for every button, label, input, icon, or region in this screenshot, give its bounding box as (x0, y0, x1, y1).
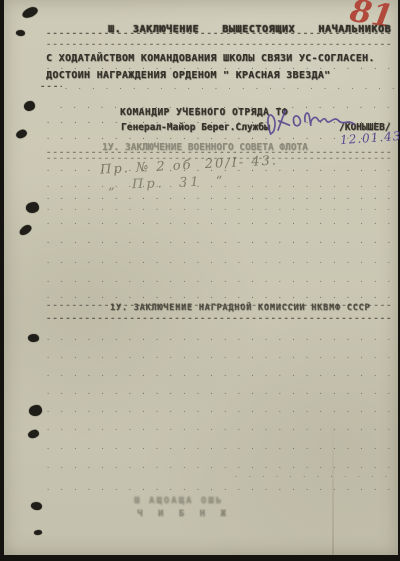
typed-dot-row: · · · · · · · · · · · · · · · · · · · · … (46, 409, 394, 416)
typed-dot-row: · · · · · · · · · · · · · · · · · · · · … (46, 446, 394, 453)
typed-dot-row: · · · · · · · · · · · · · · · · · · · · … (46, 207, 394, 214)
ink-blot (27, 333, 39, 343)
ink-blot (26, 201, 40, 213)
pencil-note-number: „ Пр. 31 “ (108, 174, 226, 193)
typed-dash-row: ----------------------------------------… (46, 316, 394, 323)
typed-dot-row: · · · · · · · · · · · · · · · · · · · · … (46, 196, 394, 203)
endorsement-line: С ХОДАТАЙСТВОМ КОМАНДОВАНИЯ ШКОЛЫ СВЯЗИ … (46, 53, 375, 64)
typed-dash-row: ----------------------------------------… (46, 42, 394, 49)
ink-blot (24, 101, 35, 111)
scanned-document: { "document": { "page_number": "81", "he… (0, 0, 400, 561)
ink-blot (34, 530, 42, 535)
ink-blot (16, 29, 26, 36)
ink-blot (29, 405, 42, 416)
ink-blot (18, 223, 33, 236)
typed-dot-row: · · · · · · · · · · · · · · · · · · · · … (46, 355, 394, 362)
section-iii-heading: Ш. ЗАКЛЮЧЕНИЕ ВЫШЕСТОЯЩИХ НАЧАЛЬНИКОВ (108, 24, 391, 35)
pencil-note-order: Пр. № 2 об 20/I- 43. (100, 153, 279, 177)
commander-rank: Генерал-Майор Берег.Службы (121, 122, 270, 133)
paper-crease (332, 420, 334, 555)
typed-dash-row: ----------------------------------------… (40, 84, 62, 91)
ink-blot (21, 6, 39, 20)
bleedthrough-text-line: Ч И Б Н Ж (137, 509, 231, 519)
award-worthy-line: ДОСТОИН НАГРАЖДЕНИЯ ОРДЕНОМ " КРАСНАЯ ЗВ… (46, 70, 330, 81)
typed-dot-row: · · · · · · · · · · · · · · · · · · · · … (46, 427, 394, 434)
typed-dot-row: · · · · · · · · · · · · · · · · · · · · … (46, 337, 394, 344)
typed-dot-row: · · · · · · · · · · · · · · · · · · · · … (46, 240, 394, 247)
ink-blot (30, 501, 43, 512)
typed-dot-row: · · · · · · · · · · · · · · · · · · · · … (46, 373, 394, 380)
typed-dot-row: · · · · · · · · · · · · · · · · · · · · … (46, 465, 394, 472)
section-iv-heading-faded: 1У. ЗАКЛЮЧЕНИЕ ВОЕННОГО СОВЕТА ФЛОТА (102, 142, 308, 153)
ink-blot (15, 129, 28, 140)
award-commission-heading: 1У. ЗАКЛЮЧЕНИЕ НАГРАДНОЙ КОМИССИИ НКВМФ … (110, 303, 370, 313)
bleedthrough-text-line: Ш АЩОАЩА ОШЬ (134, 496, 223, 506)
ink-blot (27, 429, 39, 439)
typed-dot-row: · · · · · · · · · · · · · · · · · · · · … (46, 295, 394, 302)
typed-dot-row: · · · · · · · · · · · · · · · · · · · · … (46, 279, 394, 286)
typed-dot-row: · · · · · · · · · · · · · · · · · · · · … (46, 487, 394, 494)
typed-dot-row: · · · · · · · · · · · · · · · · · · · · … (46, 391, 394, 398)
typed-dot-row: · · · · · · · · · · · · · · · · · · · · … (46, 221, 394, 228)
document-page: 81 Ш. ЗАКЛЮЧЕНИЕ ВЫШЕСТОЯЩИХ НАЧАЛЬНИКОВ… (4, 0, 398, 555)
signature-date: 12.01.43 (340, 129, 400, 147)
typed-dot-row: · · · · · · · · · · · · · · · · · · · · … (46, 260, 394, 267)
typed-dot-row: · · · · · · · · · · · · · · · · · · · · … (234, 474, 394, 481)
